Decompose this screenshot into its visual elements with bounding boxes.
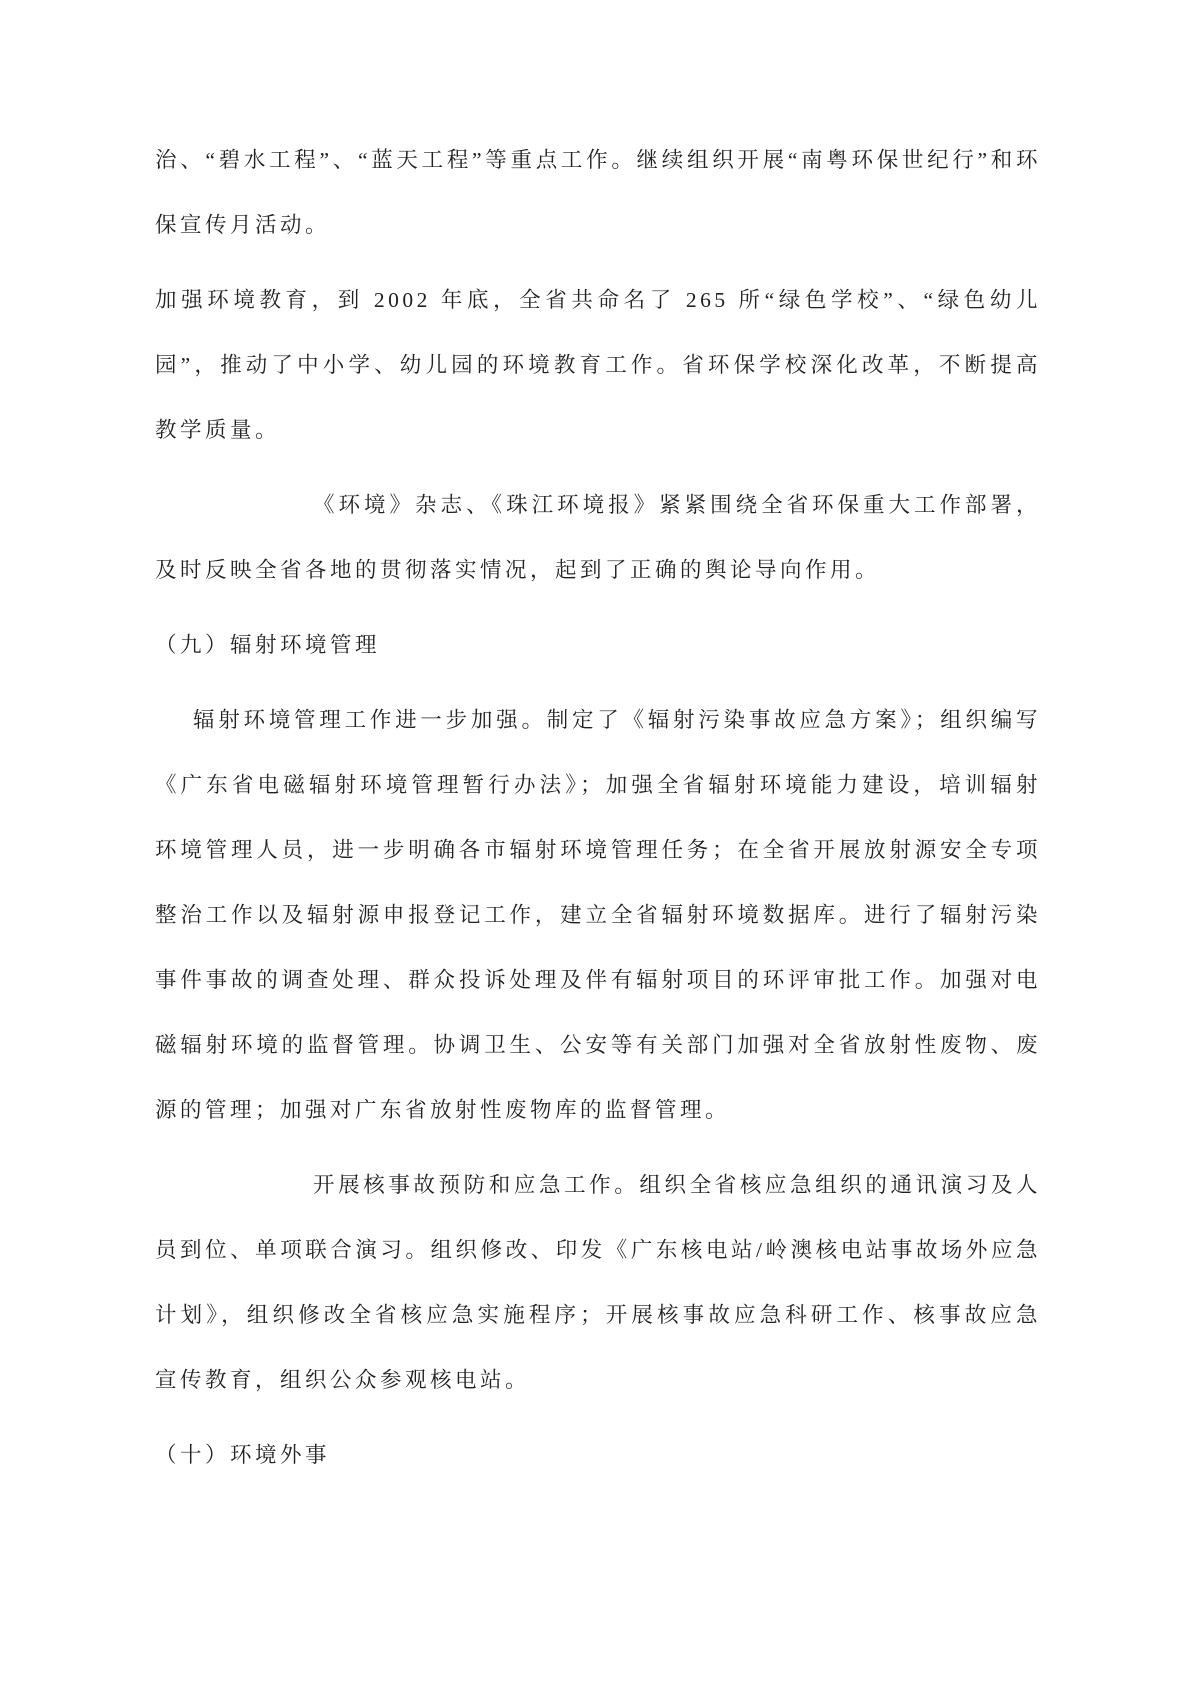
- paragraph-environmental-education: 加强环境教育，到 2002 年底，全省共命名了 265 所“绿色学校”、“绿色幼…: [155, 268, 1041, 463]
- paragraph-key-projects-continuation: 治、“碧水工程”、“蓝天工程”等重点工作。继续组织开展“南粤环保世纪行”和环保宣…: [155, 128, 1041, 258]
- document-text-area: 治、“碧水工程”、“蓝天工程”等重点工作。继续组织开展“南粤环保世纪行”和环保宣…: [0, 0, 1191, 1488]
- paragraph-media-publications: 《环境》杂志、《珠江环境报》紧紧围绕全省环保重大工作部署，及时反映全省各地的贯彻…: [155, 473, 1041, 603]
- paragraph-nuclear-accident-emergency: 开展核事故预防和应急工作。组织全省核应急组织的通讯演习及人员到位、单项联合演习。…: [155, 1153, 1041, 1413]
- section-heading-ten-environmental-foreign-affairs: （十）环境外事: [155, 1423, 1041, 1488]
- section-heading-nine-radiation-management: （九）辐射环境管理: [155, 613, 1041, 678]
- document-page: 治、“碧水工程”、“蓝天工程”等重点工作。继续组织开展“南粤环保世纪行”和环保宣…: [0, 0, 1191, 1684]
- paragraph-radiation-environment-management: 辐射环境管理工作进一步加强。制定了《辐射污染事故应急方案》；组织编写《广东省电磁…: [155, 688, 1041, 1143]
